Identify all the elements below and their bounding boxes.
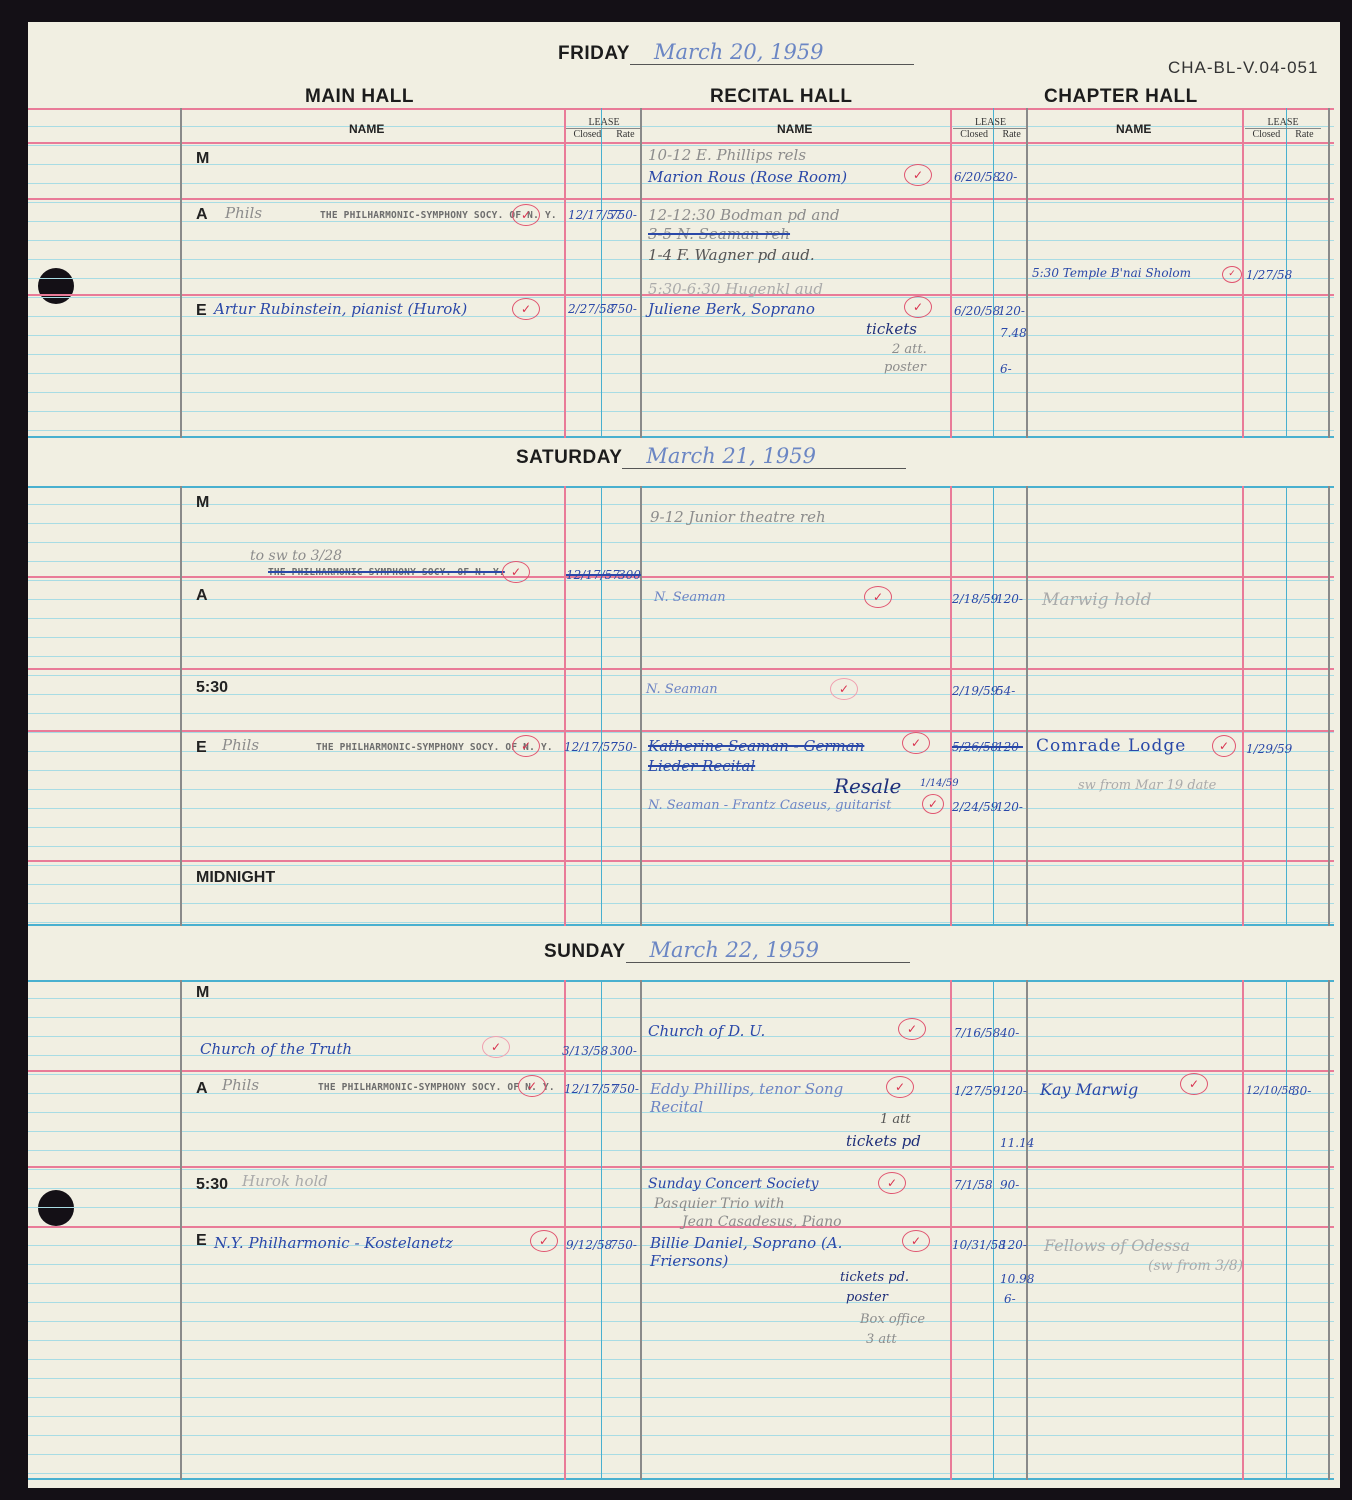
lease-rate: 120- — [1000, 1238, 1027, 1252]
slot-label: 5:30 — [196, 1176, 228, 1194]
lease-closed: 5/26/58 — [952, 740, 998, 754]
entry-note: Box office — [860, 1312, 925, 1327]
entry-note: tickets pd. — [840, 1270, 909, 1285]
check-mark-icon: ✓ — [530, 1230, 558, 1252]
lease-closed: 1/27/58 — [1246, 268, 1292, 282]
lease-rate: 120- — [996, 740, 1023, 754]
entry-note: 1-4 F. Wagner pd aud. — [648, 246, 815, 264]
check-mark-icon: ✓ — [902, 732, 930, 754]
entry-name: 5:30 Temple B'nai Sholom — [1032, 266, 1191, 280]
lease-rate: 30- — [1292, 1084, 1311, 1098]
entry-note: Marwig hold — [1042, 590, 1151, 610]
lease-closed: 7/16/58 — [954, 1026, 1000, 1040]
lease-rate: 300 — [618, 568, 641, 582]
lease-rate: 6- — [1000, 362, 1012, 376]
check-mark-icon: ✓ — [512, 204, 540, 226]
slot-label: A — [196, 206, 208, 224]
entry-note: 9-12 Junior theatre reh — [650, 508, 826, 526]
saturday-grid — [28, 486, 1334, 926]
entry-name: Artur Rubinstein, pianist (Hurok) — [214, 300, 467, 318]
lease-rate: 120- — [998, 304, 1025, 318]
col-header-name-chapter: NAME — [1116, 122, 1151, 136]
entry-note: Phils — [222, 1076, 259, 1094]
lease-closed: 7/1/58 — [954, 1178, 993, 1192]
lease-closed: 12/17/57 — [564, 1082, 618, 1096]
rate-label: Rate — [1295, 129, 1313, 140]
slot-label: E — [196, 1232, 207, 1250]
day-header-saturday: SATURDAY March 21, 1959 — [516, 444, 906, 469]
entry-note: to sw to 3/28 — [250, 548, 342, 564]
check-mark-icon: ✓ — [1180, 1073, 1208, 1095]
entry-note: 5:30-6:30 Hugenkl aud — [648, 280, 823, 298]
lease-rate: 54- — [996, 684, 1015, 698]
closed-label: Closed — [573, 129, 601, 140]
closed-label: Closed — [1252, 129, 1280, 140]
hall-header-main: MAIN HALL — [305, 86, 414, 108]
day-header-sunday: SUNDAY March 22, 1959 — [544, 938, 910, 963]
check-mark-icon: ✓ — [830, 678, 858, 700]
lease-closed: 1/27/59 — [954, 1084, 1000, 1098]
day-name: SUNDAY — [544, 941, 626, 963]
lease-rate: 90- — [1000, 1178, 1019, 1192]
entry-name: Eddy Phillips, tenor Song Recital — [650, 1080, 850, 1116]
rate-label: Rate — [1002, 129, 1020, 140]
slot-label: M — [196, 494, 209, 512]
entry-name: Marion Rous (Rose Room) — [648, 168, 847, 186]
entry-note: 10-12 E. Phillips rels — [648, 146, 806, 164]
day-name: FRIDAY — [558, 43, 630, 65]
entry-note: poster — [846, 1290, 888, 1305]
slot-label: M — [196, 150, 209, 168]
lease-rate: 750- — [610, 302, 637, 316]
lease-rate: 7.48 — [1000, 326, 1027, 340]
entry-name: N.Y. Philharmonic - Kostelanetz — [214, 1234, 453, 1252]
check-mark-icon: ✓ — [1212, 735, 1236, 757]
check-mark-icon: ✓ — [512, 298, 540, 320]
entry-name: Sunday Concert Society — [648, 1176, 819, 1192]
lease-rate: 120- — [1000, 1084, 1027, 1098]
lease-label: LEASE — [566, 117, 642, 128]
entry-note: tickets pd — [846, 1132, 921, 1150]
lease-rate: 20- — [998, 170, 1017, 184]
lease-closed: 12/17/57 — [566, 568, 620, 582]
hall-header-recital: RECITAL HALL — [710, 86, 853, 108]
check-mark-icon: ✓ — [502, 561, 530, 583]
slot-label: 5:30 — [196, 679, 228, 697]
day-date: March 22, 1959 — [626, 938, 910, 963]
entry-note: Jean Casadesus, Piano — [682, 1214, 842, 1230]
lease-label: LEASE — [1245, 117, 1321, 128]
entry-name: N. Seaman — [654, 590, 726, 605]
day-name: SATURDAY — [516, 447, 622, 469]
check-mark-icon: ✓ — [904, 296, 932, 318]
lease-closed: 6/20/58 — [954, 170, 1000, 184]
slot-label: A — [196, 1080, 208, 1098]
slot-label: E — [196, 302, 207, 320]
day-date: March 20, 1959 — [630, 40, 914, 65]
lease-closed: 12/10/58 — [1246, 1084, 1295, 1097]
lease-rate: 120- — [996, 800, 1023, 814]
lease-header-recital: LEASEClosedRate — [953, 117, 1028, 140]
slot-label: MIDNIGHT — [196, 869, 275, 887]
lease-closed: 6/20/58 — [954, 304, 1000, 318]
check-mark-icon: ✓ — [878, 1172, 906, 1194]
day-header-friday: FRIDAY March 20, 1959 — [558, 40, 914, 65]
lease-rate: 40- — [1000, 1026, 1019, 1040]
entry-note: Pasquier Trio with — [654, 1196, 785, 1212]
entry-note: Fellows of Odessa — [1044, 1236, 1190, 1255]
entry-stamp-struck: THE PHILHARMONIC-SYMPHONY SOCY. OF N. Y. — [268, 567, 505, 578]
check-mark-icon: ✓ — [518, 1075, 546, 1097]
entry-note: poster — [884, 360, 926, 375]
entry-note: Phils — [225, 204, 262, 222]
slot-label: A — [196, 587, 208, 605]
check-mark-icon: ✓ — [886, 1076, 914, 1098]
lease-closed: 3/13/58 — [562, 1044, 608, 1058]
col-header-name-recital: NAME — [777, 122, 812, 136]
lease-rate: 11.14 — [1000, 1136, 1034, 1150]
lease-rate: 10.98 — [1000, 1272, 1034, 1286]
entry-name: Church of D. U. — [648, 1022, 765, 1040]
entry-name: Church of the Truth — [200, 1040, 352, 1058]
check-mark-icon: ✓ — [902, 1230, 930, 1252]
entry-note: Resale — [834, 774, 901, 798]
closed-label: Closed — [960, 129, 988, 140]
slot-label: E — [196, 739, 207, 757]
lease-rate: 750- — [612, 1082, 639, 1096]
entry-note: 1 att — [880, 1112, 911, 1127]
rate-label: Rate — [616, 129, 634, 140]
lease-label: LEASE — [953, 117, 1028, 128]
check-mark-icon: ✓ — [864, 586, 892, 608]
check-mark-icon: ✓ — [1222, 266, 1242, 283]
entry-note: Phils — [222, 736, 259, 754]
slot-label: M — [196, 984, 209, 1002]
entry-name: Kay Marwig — [1040, 1080, 1138, 1099]
lease-closed: 9/12/58 — [566, 1238, 612, 1252]
day-date: March 21, 1959 — [622, 444, 906, 469]
lease-closed: 10/31/58 — [952, 1238, 1006, 1252]
lease-closed: 1/29/59 — [1246, 742, 1292, 756]
check-mark-icon: ✓ — [898, 1018, 926, 1040]
lease-closed: 2/19/59 — [952, 684, 998, 698]
entry-note: 12-12:30 Bodman pd and — [648, 206, 840, 224]
entry-note: tickets — [866, 320, 917, 338]
entry-name: N. Seaman — [646, 682, 718, 697]
lease-closed: 2/24/59 — [952, 800, 998, 814]
entry-name: Comrade Lodge — [1036, 736, 1186, 756]
check-mark-icon: ✓ — [922, 794, 944, 814]
lease-header-chapter: LEASEClosedRate — [1245, 117, 1321, 140]
lease-rate: 6- — [1004, 1292, 1016, 1306]
entry-name: Billie Daniel, Soprano (A. Friersons) — [650, 1234, 870, 1270]
check-mark-icon: ✓ — [482, 1036, 510, 1058]
lease-rate: 120- — [996, 592, 1023, 606]
hall-header-chapter: CHAPTER HALL — [1044, 86, 1198, 108]
col-header-name-main: NAME — [349, 122, 384, 136]
entry-note: Hurok hold — [242, 1172, 328, 1190]
lease-rate: 750- — [610, 740, 637, 754]
lease-rate: 300- — [610, 1044, 637, 1058]
entry-name: N. Seaman - Frantz Caseus, guitarist — [648, 798, 891, 813]
entry-note: 2 att. — [892, 342, 927, 357]
entry-note: sw from Mar 19 date — [1078, 778, 1216, 793]
lease-closed: 2/27/58 — [568, 302, 614, 316]
entry-note-struck: 3-5 N. Seaman reh — [648, 225, 790, 243]
check-mark-icon: ✓ — [904, 164, 932, 186]
check-mark-icon: ✓ — [512, 735, 540, 757]
document-code: CHA-BL-V.04-051 — [1168, 58, 1318, 78]
lease-rate: 750- — [610, 208, 637, 222]
lease-header-main: LEASEClosedRate — [566, 117, 642, 140]
entry-name-struck: Katherine Seaman - German Lieder Recital — [648, 736, 908, 776]
lease-closed: 1/14/59 — [920, 778, 959, 789]
lease-closed: 2/18/59 — [952, 592, 998, 606]
entry-note: (sw from 3/8) — [1148, 1258, 1243, 1274]
entry-note: 3 att — [866, 1332, 897, 1347]
lease-rate: 750- — [610, 1238, 637, 1252]
entry-name: Juliene Berk, Soprano — [648, 300, 815, 318]
